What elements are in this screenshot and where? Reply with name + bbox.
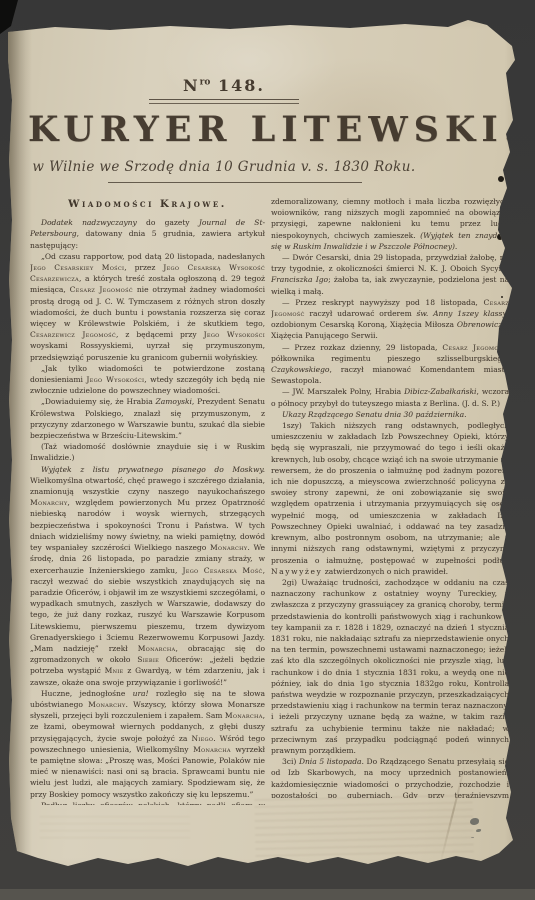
scanner-bed-strip (0, 889, 535, 900)
paragraph: — Przez reskrypt naywyższy pod 18 listop… (271, 297, 509, 342)
paragraph: Dodatek nadzwyczayny do gazety Journal d… (30, 217, 265, 251)
issue-prefix: N (183, 76, 200, 95)
newspaper-page: Nro 148. KURYER LITEWSKI. w Wilnie we Sr… (0, 0, 535, 900)
ink-blot (470, 818, 479, 825)
column-left: Wiadomości Krajowe. Dodatek nadzwyczayny… (30, 199, 265, 805)
issue-superscript: ro (200, 78, 211, 88)
issue-number: Nro 148. (28, 76, 420, 95)
issue-value: 148. (218, 76, 265, 95)
bleed-through-text-left (40, 816, 190, 842)
bleed-through-text (254, 795, 473, 862)
paragraph: Ukazy Rządzącego Senatu dnia 30 paździer… (271, 409, 509, 420)
masthead-title: KURYER LITEWSKI. (28, 109, 420, 150)
paragraph: Wyjątek z listu prywatnego pisanego do M… (30, 464, 265, 688)
paragraph: — JW. Marszałek Polny, Hrabia Dibicz-Zab… (271, 386, 509, 408)
paragraph: „Od czasu rapportow, pod datą 20 listopa… (30, 251, 265, 363)
paragraph: — Przez rozkaz dzienny, 29 listopada, Ce… (271, 342, 509, 387)
column-left-body: Dodatek nadzwyczayny do gazety Journal d… (30, 217, 265, 805)
worm-holes (498, 176, 504, 182)
dateline: w Wilnie we Srzodę dnia 10 Grudnia v. s.… (28, 159, 420, 175)
dateline-rule (108, 182, 362, 183)
scan-corner-shadow (0, 0, 18, 36)
scanner-background: Nro 148. KURYER LITEWSKI. w Wilnie we Sr… (0, 0, 535, 900)
paragraph: Huczne, jednogłośne ura! rozległo się na… (30, 688, 265, 800)
paragraph: 1szy) Takich niższych rang odstawnych, p… (271, 420, 509, 577)
column-right: zdemoralizowany, ciemny motłoch i mała l… (271, 196, 509, 798)
paragraph: Podług liczby oficerów polskich, którzy … (30, 800, 265, 805)
section-heading: Wiadomości Krajowe. (30, 199, 265, 210)
paragraph: 2gi) Uważaiąc trudności, zachodzące w od… (271, 577, 509, 756)
page-header: Nro 148. KURYER LITEWSKI. w Wilnie we Sr… (28, 76, 420, 183)
double-rule (149, 99, 299, 104)
paragraph: zdemoralizowany, ciemny motłoch i mała l… (271, 196, 509, 252)
paragraph: 3ci) Dnia 5 listopada. Do Rządzącego Sen… (271, 756, 509, 798)
column-right-body: zdemoralizowany, ciemny motłoch i mała l… (271, 196, 509, 798)
paragraph: „Jak tylko wiadomości te potwierdzone zo… (30, 363, 265, 397)
paragraph: (Taż wiadomość dosłównie znayduie się i … (30, 441, 265, 463)
paragraph: — Dwór Cesarski, dnia 29 listopada, przy… (271, 252, 509, 297)
paragraph: „Dowiaduiemy się, że Hrabia Zamoyski, Pr… (30, 396, 265, 441)
